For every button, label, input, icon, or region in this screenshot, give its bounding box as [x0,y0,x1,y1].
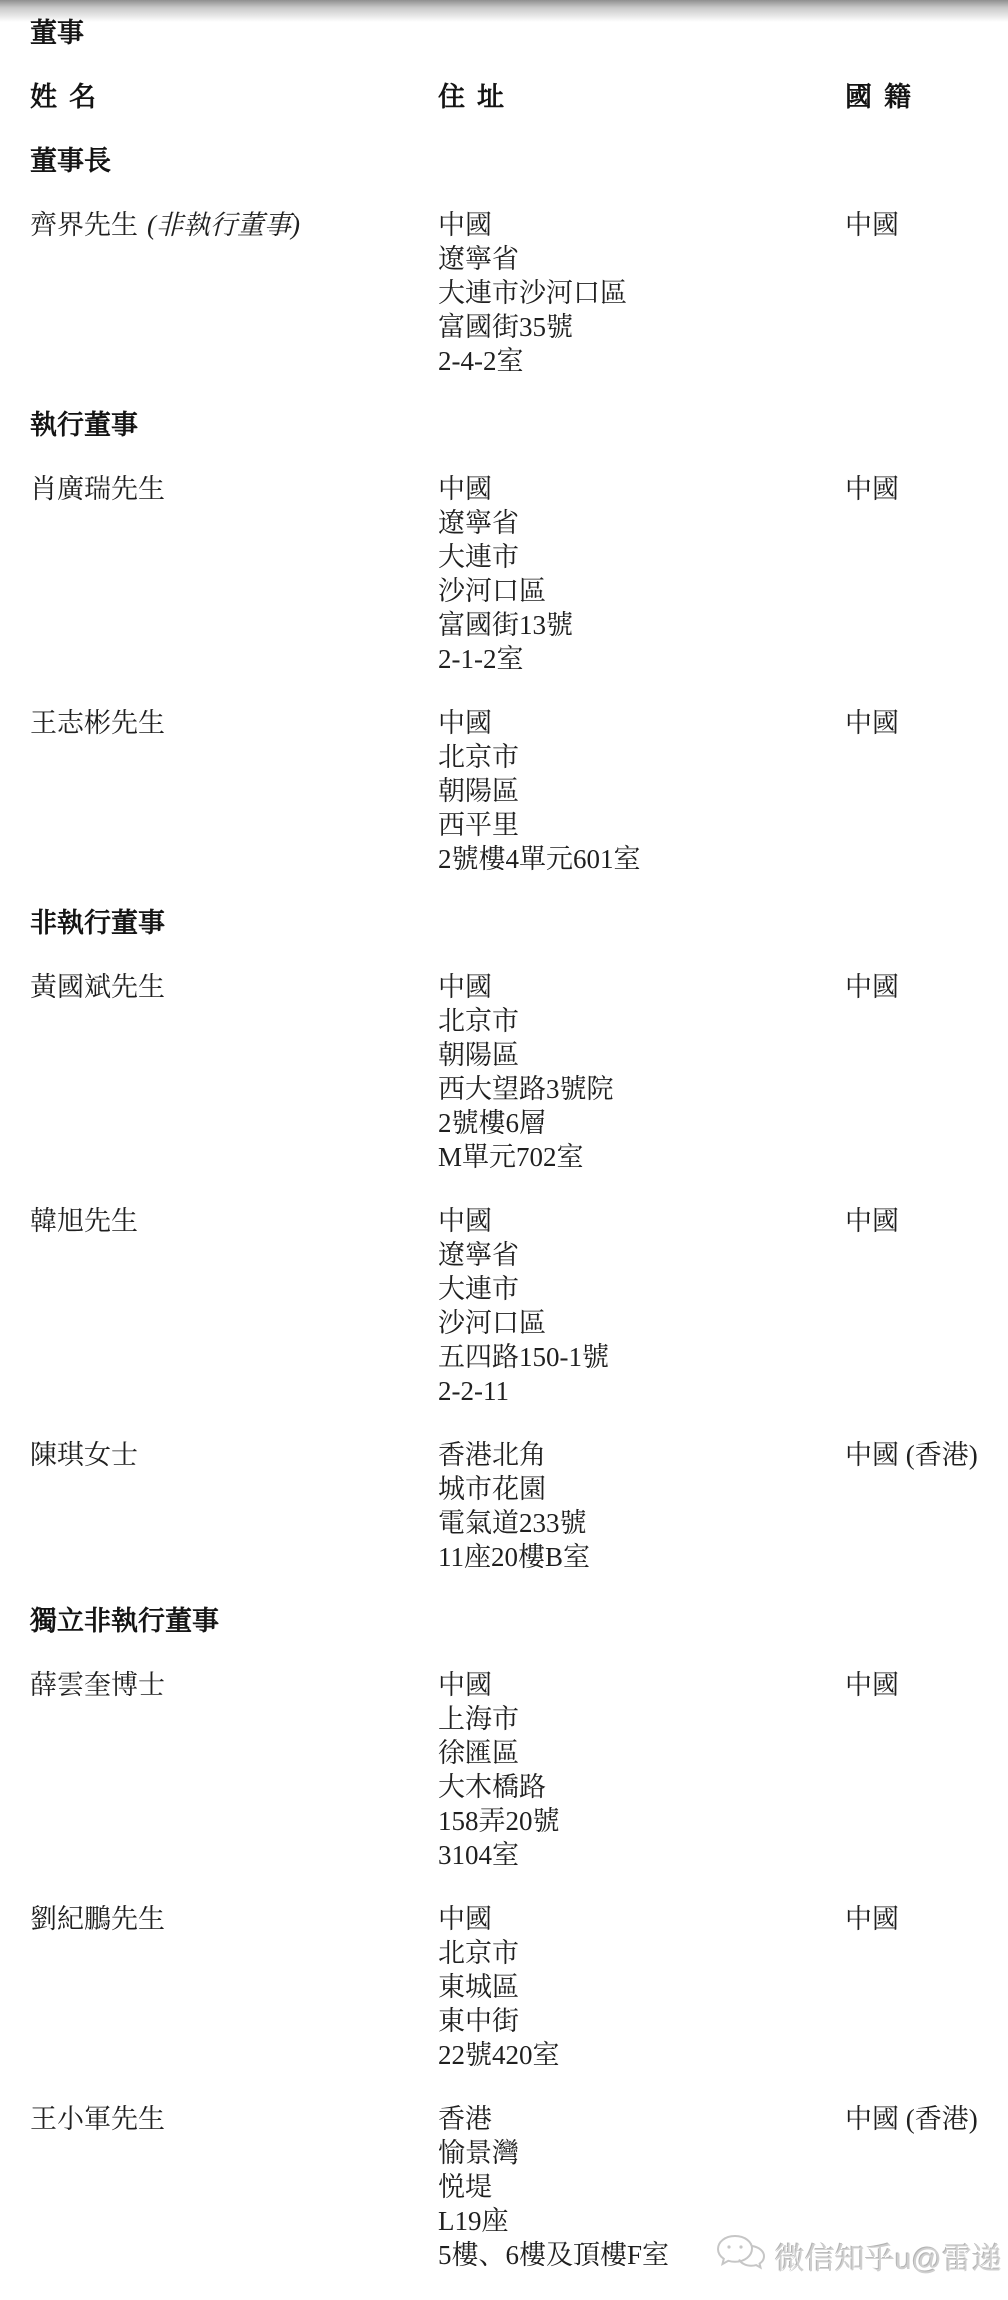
director-name-text: 齊界先生 [30,210,138,240]
address-line: 大連市沙河口區 [438,276,845,310]
column-header-address: 住址 [438,80,845,114]
address-line: 遼寧省 [438,506,845,540]
address-line: 城市花園 [438,1472,845,1506]
director-name: 陳琪女士 [30,1438,438,1472]
section-heading-executive-directors: 執行董事 [30,408,988,442]
address-line: 東中街 [438,2004,845,2038]
table-row: 薛雲奎博士 中國 上海市 徐匯區 大木橋路 158弄20號 3104室 中國 [30,1668,988,1872]
director-name: 肖廣瑞先生 [30,472,438,506]
address-line: 中國 [438,472,845,506]
address-line: 朝陽區 [438,774,845,808]
address-line: 電氣道233號 [438,1506,845,1540]
director-address: 中國 北京市 東城區 東中街 22號420室 [438,1902,845,2072]
director-address: 中國 北京市 朝陽區 西大望路3號院 2號樓6層 M單元702室 [438,970,845,1174]
director-name: 韓旭先生 [30,1204,438,1238]
director-nationality: 中國 [845,970,988,1004]
address-line: 香港 [438,2102,845,2136]
address-line: 西平里 [438,808,845,842]
address-line: 香港北角 [438,1438,845,1472]
address-line: 2-2-11 [438,1374,845,1408]
address-line: 遼寧省 [438,1238,845,1272]
director-name: 王志彬先生 [30,706,438,740]
director-address: 中國 北京市 朝陽區 西平里 2號樓4單元601室 [438,706,845,876]
address-line: 悦堤 [438,2170,845,2204]
address-line: 北京市 [438,1936,845,1970]
watermark-text: 微信知乎u@雷递 [775,2234,1002,2278]
table-row: 劉紀鵬先生 中國 北京市 東城區 東中街 22號420室 中國 [30,1902,988,2072]
address-line: 中國 [438,970,845,1004]
table-row: 韓旭先生 中國 遼寧省 大連市 沙河口區 五四路150-1號 2-2-11 中國 [30,1204,988,1408]
director-name: 齊界先生(非執行董事) [30,208,438,242]
address-line: 北京市 [438,1004,845,1038]
table-header-row: 姓名 住址 國籍 [30,80,988,114]
director-name: 薛雲奎博士 [30,1668,438,1702]
director-address: 中國 遼寧省 大連市沙河口區 富國街35號 2-4-2室 [438,208,845,378]
address-line: 東城區 [438,1970,845,2004]
directors-table: 董事 姓名 住址 國籍 董事長 齊界先生(非執行董事) 中國 遼寧省 大連市沙河… [30,16,988,2272]
address-line: 富國街35號 [438,310,845,344]
director-address: 中國 遼寧省 大連市 沙河口區 富國街13號 2-1-2室 [438,472,845,676]
section-heading-non-executive-directors: 非執行董事 [30,906,988,940]
address-line: 大連市 [438,540,845,574]
page-title: 董事 [30,16,988,50]
table-row: 肖廣瑞先生 中國 遼寧省 大連市 沙河口區 富國街13號 2-1-2室 中國 [30,472,988,676]
wechat-chat-bubbles-icon [715,2234,767,2278]
address-line: 2-1-2室 [438,642,845,676]
address-line: 大連市 [438,1272,845,1306]
address-line: 徐匯區 [438,1736,845,1770]
director-name: 王小軍先生 [30,2102,438,2136]
section-heading-chairman: 董事長 [30,144,988,178]
address-line: 北京市 [438,740,845,774]
address-line: 中國 [438,208,845,242]
address-line: 3104室 [438,1838,845,1872]
director-name-note: (非執行董事) [147,210,300,240]
address-line: 中國 [438,1902,845,1936]
address-line: 2-4-2室 [438,344,845,378]
address-line: 11座20樓B室 [438,1540,845,1574]
address-line: M單元702室 [438,1140,845,1174]
director-address: 香港北角 城市花園 電氣道233號 11座20樓B室 [438,1438,845,1574]
director-address: 中國 遼寧省 大連市 沙河口區 五四路150-1號 2-2-11 [438,1204,845,1408]
address-line: 愉景灣 [438,2136,845,2170]
address-line: 朝陽區 [438,1038,845,1072]
director-nationality: 中國 [845,208,988,242]
address-line: 沙河口區 [438,1306,845,1340]
address-line: 沙河口區 [438,574,845,608]
address-line: L19座 [438,2204,845,2238]
watermark: 微信知乎u@雷递 [715,2234,1002,2278]
address-line: 中國 [438,1668,845,1702]
director-name: 黃國斌先生 [30,970,438,1004]
address-line: 中國 [438,1204,845,1238]
address-line: 西大望路3號院 [438,1072,845,1106]
document-page: 董事 姓名 住址 國籍 董事長 齊界先生(非執行董事) 中國 遼寧省 大連市沙河… [0,0,1008,2300]
director-nationality: 中國 (香港) [845,1438,988,1472]
table-row: 黃國斌先生 中國 北京市 朝陽區 西大望路3號院 2號樓6層 M單元702室 中… [30,970,988,1174]
director-nationality: 中國 [845,1668,988,1702]
director-nationality: 中國 (香港) [845,2102,988,2136]
column-header-name: 姓名 [30,80,438,114]
address-line: 22號420室 [438,2038,845,2072]
director-nationality: 中國 [845,1204,988,1238]
director-nationality: 中國 [845,706,988,740]
column-header-nationality: 國籍 [845,80,988,114]
address-line: 大木橋路 [438,1770,845,1804]
section-heading-independent-non-executive-directors: 獨立非執行董事 [30,1604,988,1638]
table-row: 陳琪女士 香港北角 城市花園 電氣道233號 11座20樓B室 中國 (香港) [30,1438,988,1574]
address-line: 中國 [438,706,845,740]
director-address: 中國 上海市 徐匯區 大木橋路 158弄20號 3104室 [438,1668,845,1872]
address-line: 五四路150-1號 [438,1340,845,1374]
address-line: 富國街13號 [438,608,845,642]
address-line: 2號樓4單元601室 [438,842,845,876]
address-line: 上海市 [438,1702,845,1736]
address-line: 遼寧省 [438,242,845,276]
director-name: 劉紀鵬先生 [30,1902,438,1936]
director-nationality: 中國 [845,1902,988,1936]
director-nationality: 中國 [845,472,988,506]
table-row: 齊界先生(非執行董事) 中國 遼寧省 大連市沙河口區 富國街35號 2-4-2室… [30,208,988,378]
address-line: 158弄20號 [438,1804,845,1838]
address-line: 2號樓6層 [438,1106,845,1140]
table-row: 王志彬先生 中國 北京市 朝陽區 西平里 2號樓4單元601室 中國 [30,706,988,876]
